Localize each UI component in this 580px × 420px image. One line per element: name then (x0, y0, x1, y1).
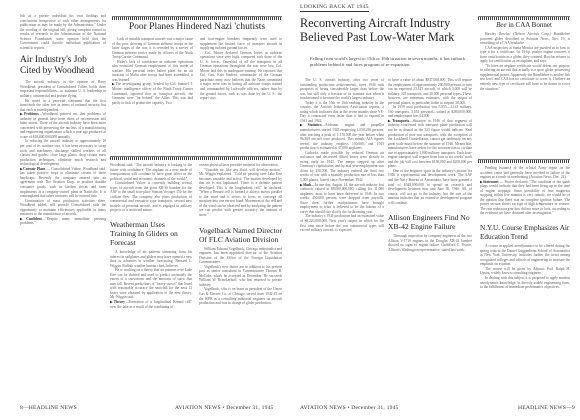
reconverting-paragraph: to have a value of about $847,000,000. T… (388, 78, 472, 105)
footer-date-right: AVIATION NEWS • December 31, 1945 (300, 405, 399, 411)
bee-paragraph: Hawley Bowlus' (Nelson Aircraft Corp.) B… (480, 32, 570, 46)
section-divider-rule (112, 16, 282, 20)
bee-paragraph: "To have an airplane certificate would d… (480, 64, 570, 91)
reconverting-paragraph: —Airframe, engine and propeller manufact… (300, 123, 384, 150)
reconverting-paragraph: One of the brightest spots in the indust… (388, 169, 472, 205)
woodhead-headline: Air Industry's Job Cited by Woodhead (20, 55, 106, 76)
vogelback-paragraph: Vogelback's new duties are in addition t… (199, 265, 282, 288)
subhead-problems: Problems (24, 112, 39, 116)
footer-date-left: AVIATION NEWS • December 31, 1945 (175, 405, 274, 411)
bill-article-tail: lish as a private individual his own fin… (20, 14, 106, 50)
allison-paragraph: Thorough inspection by company engineers… (388, 234, 472, 252)
bee-headline: Bee in CAA Bonnet (478, 21, 570, 29)
nazi-paragraph: Col. Moore declared German losses in air… (200, 51, 282, 101)
right-column-3-lower: Pending issuance of the official Army re… (480, 166, 570, 290)
section-divider-rule (478, 159, 570, 163)
subhead-transports: Transports (392, 119, 409, 123)
nyu-paragraph: A course in applied aerodynamics to be o… (480, 244, 570, 267)
subhead-convair-plans: Convair Plans (23, 167, 45, 171)
allison-paragraph: Pending issuance of the official Army re… (480, 166, 570, 180)
left-page: lish as a private individual his own fin… (0, 0, 290, 420)
reconverting-paragraph: —Situation in 1946 of that segment of in… (388, 119, 472, 168)
woodhead-paragraph: —Woodhead pointed out that problems of i… (20, 112, 106, 139)
right-column-1: The U. S. aircraft industry, after two y… (300, 78, 384, 233)
nazi-paragraph: and four-engine bombers frequently were … (200, 37, 282, 51)
reconverting-paragraph: In 1939 total production was 5,855—2,141… (388, 105, 472, 119)
nazi-headline: Poor Planes Hindered Nazi 'chutists (112, 22, 282, 33)
bee-paragraph: CAA inspectors at Santa Monica are puzzl… (480, 46, 570, 64)
reconverting-paragraph: The U. S. aircraft industry, after two y… (300, 78, 384, 101)
woodhead-paragraph: In reducing the aircraft industry to app… (20, 139, 106, 166)
woodhead-paragraph: He noted in a year-end statement that th… (20, 99, 106, 113)
nazi-column-a: Lack of suitable transport aircraft was … (112, 37, 193, 105)
allison-headline: Allison Engineers Find No XB-42 Engine F… (388, 213, 472, 231)
bullet-triangle-icon: ▶ (300, 123, 308, 127)
woodhead-paragraph: Consolidated Vultee is currently buildin… (110, 181, 192, 213)
vogelback-paragraph: Vogelback, who is on leave as president … (199, 287, 282, 305)
nazi-column-b: and four-engine bombers frequently were … (200, 37, 282, 101)
reconverting-paragraph: Today it is the 15th or 16th ranking ind… (300, 101, 384, 124)
page-folio-right: HEADLINE NEWS—9 (518, 405, 575, 411)
left-column-2-lower: Woodhead said, "The aircraft industry is… (110, 163, 192, 309)
allison-paragraph: — Pearce declared, "The condition of the… (480, 180, 570, 216)
subhead-statement: Statement (483, 180, 499, 184)
section-kicker: LOOKING BACK AT 1945 (300, 4, 369, 12)
weatherman-paragraph: "Unstable air, like any fluid, will deve… (199, 168, 282, 218)
nyu-headline: N.Y.U. Course Emphasizes Air Education T… (480, 224, 570, 241)
weatherman-headline: Weatherman Uses Training In Gliders on F… (110, 220, 192, 247)
woodhead-paragraph: Woodhead said, "The aircraft industry is… (110, 163, 192, 181)
right-page: LOOKING BACK AT 1945 Reconverting Aircra… (290, 0, 580, 420)
left-column-1: lish as a private individual his own fin… (20, 14, 106, 226)
vogelback-headline: Vogelback Named Director Of FLC Aviation… (199, 226, 282, 244)
bee-headline-rest: in CAA Bonnet (507, 21, 552, 29)
weatherman-paragraph: He is working on a theory that air patte… (110, 268, 192, 300)
subhead-statistics: Statistics (308, 123, 322, 127)
subhead-theory: Theory (114, 300, 125, 304)
subhead-confident: Confident (26, 217, 41, 221)
subhead-slash: Slash (303, 183, 311, 187)
nyu-paragraph: In dealing with this subject it is propo… (480, 276, 570, 290)
weatherman-paragraph: certain physical laws provides material … (199, 163, 282, 168)
reconverting-paragraph: The industry's 1945 production had an es… (300, 214, 384, 232)
nyu-paragraph: The course will be given by Adjunct Prof… (480, 267, 570, 276)
woodhead-paragraph: — Consolidated Vultee, Woodhead said, ha… (20, 167, 106, 198)
reconverting-paragraph: —In one day, August 14, the aircraft ind… (300, 183, 384, 214)
reconverting-paragraph: Cutbacks made possible by reduced German… (300, 151, 384, 183)
right-column-3: Hawley Bowlus' (Nelson Aircraft Corp.) B… (480, 32, 570, 91)
reconverting-headline: Reconverting Aircraft Industry Believed … (300, 16, 475, 44)
reconverting-deck: Falling from world's largest to 15th or … (310, 56, 470, 68)
vogelback-paragraph: William Edward Vogelback, Chicago indust… (199, 247, 282, 265)
bee-headline-italic: Bee (496, 21, 507, 29)
page-folio-left: 8—HEADLINE NEWS (20, 405, 77, 411)
section-divider-rule (110, 156, 282, 160)
nazi-paragraph: Lack of suitable transport aircraft was … (112, 37, 193, 60)
section-divider-rule (478, 16, 570, 20)
nazi-paragraph: Hitler's lack of confidence in airborne … (112, 60, 193, 83)
woodhead-paragraph: Continuation of mass production activiti… (20, 199, 106, 217)
right-column-2: to have a value of about $847,000,000. T… (388, 78, 472, 253)
weatherman-paragraph: A knowledge of air patterns stemming fro… (110, 250, 192, 268)
left-column-3-lower: certain physical laws provides material … (199, 163, 282, 306)
nazi-paragraph: The investigating group, headed by Col. … (112, 82, 193, 104)
woodhead-paragraph: The aircraft industry, in the opinion of… (20, 80, 106, 98)
